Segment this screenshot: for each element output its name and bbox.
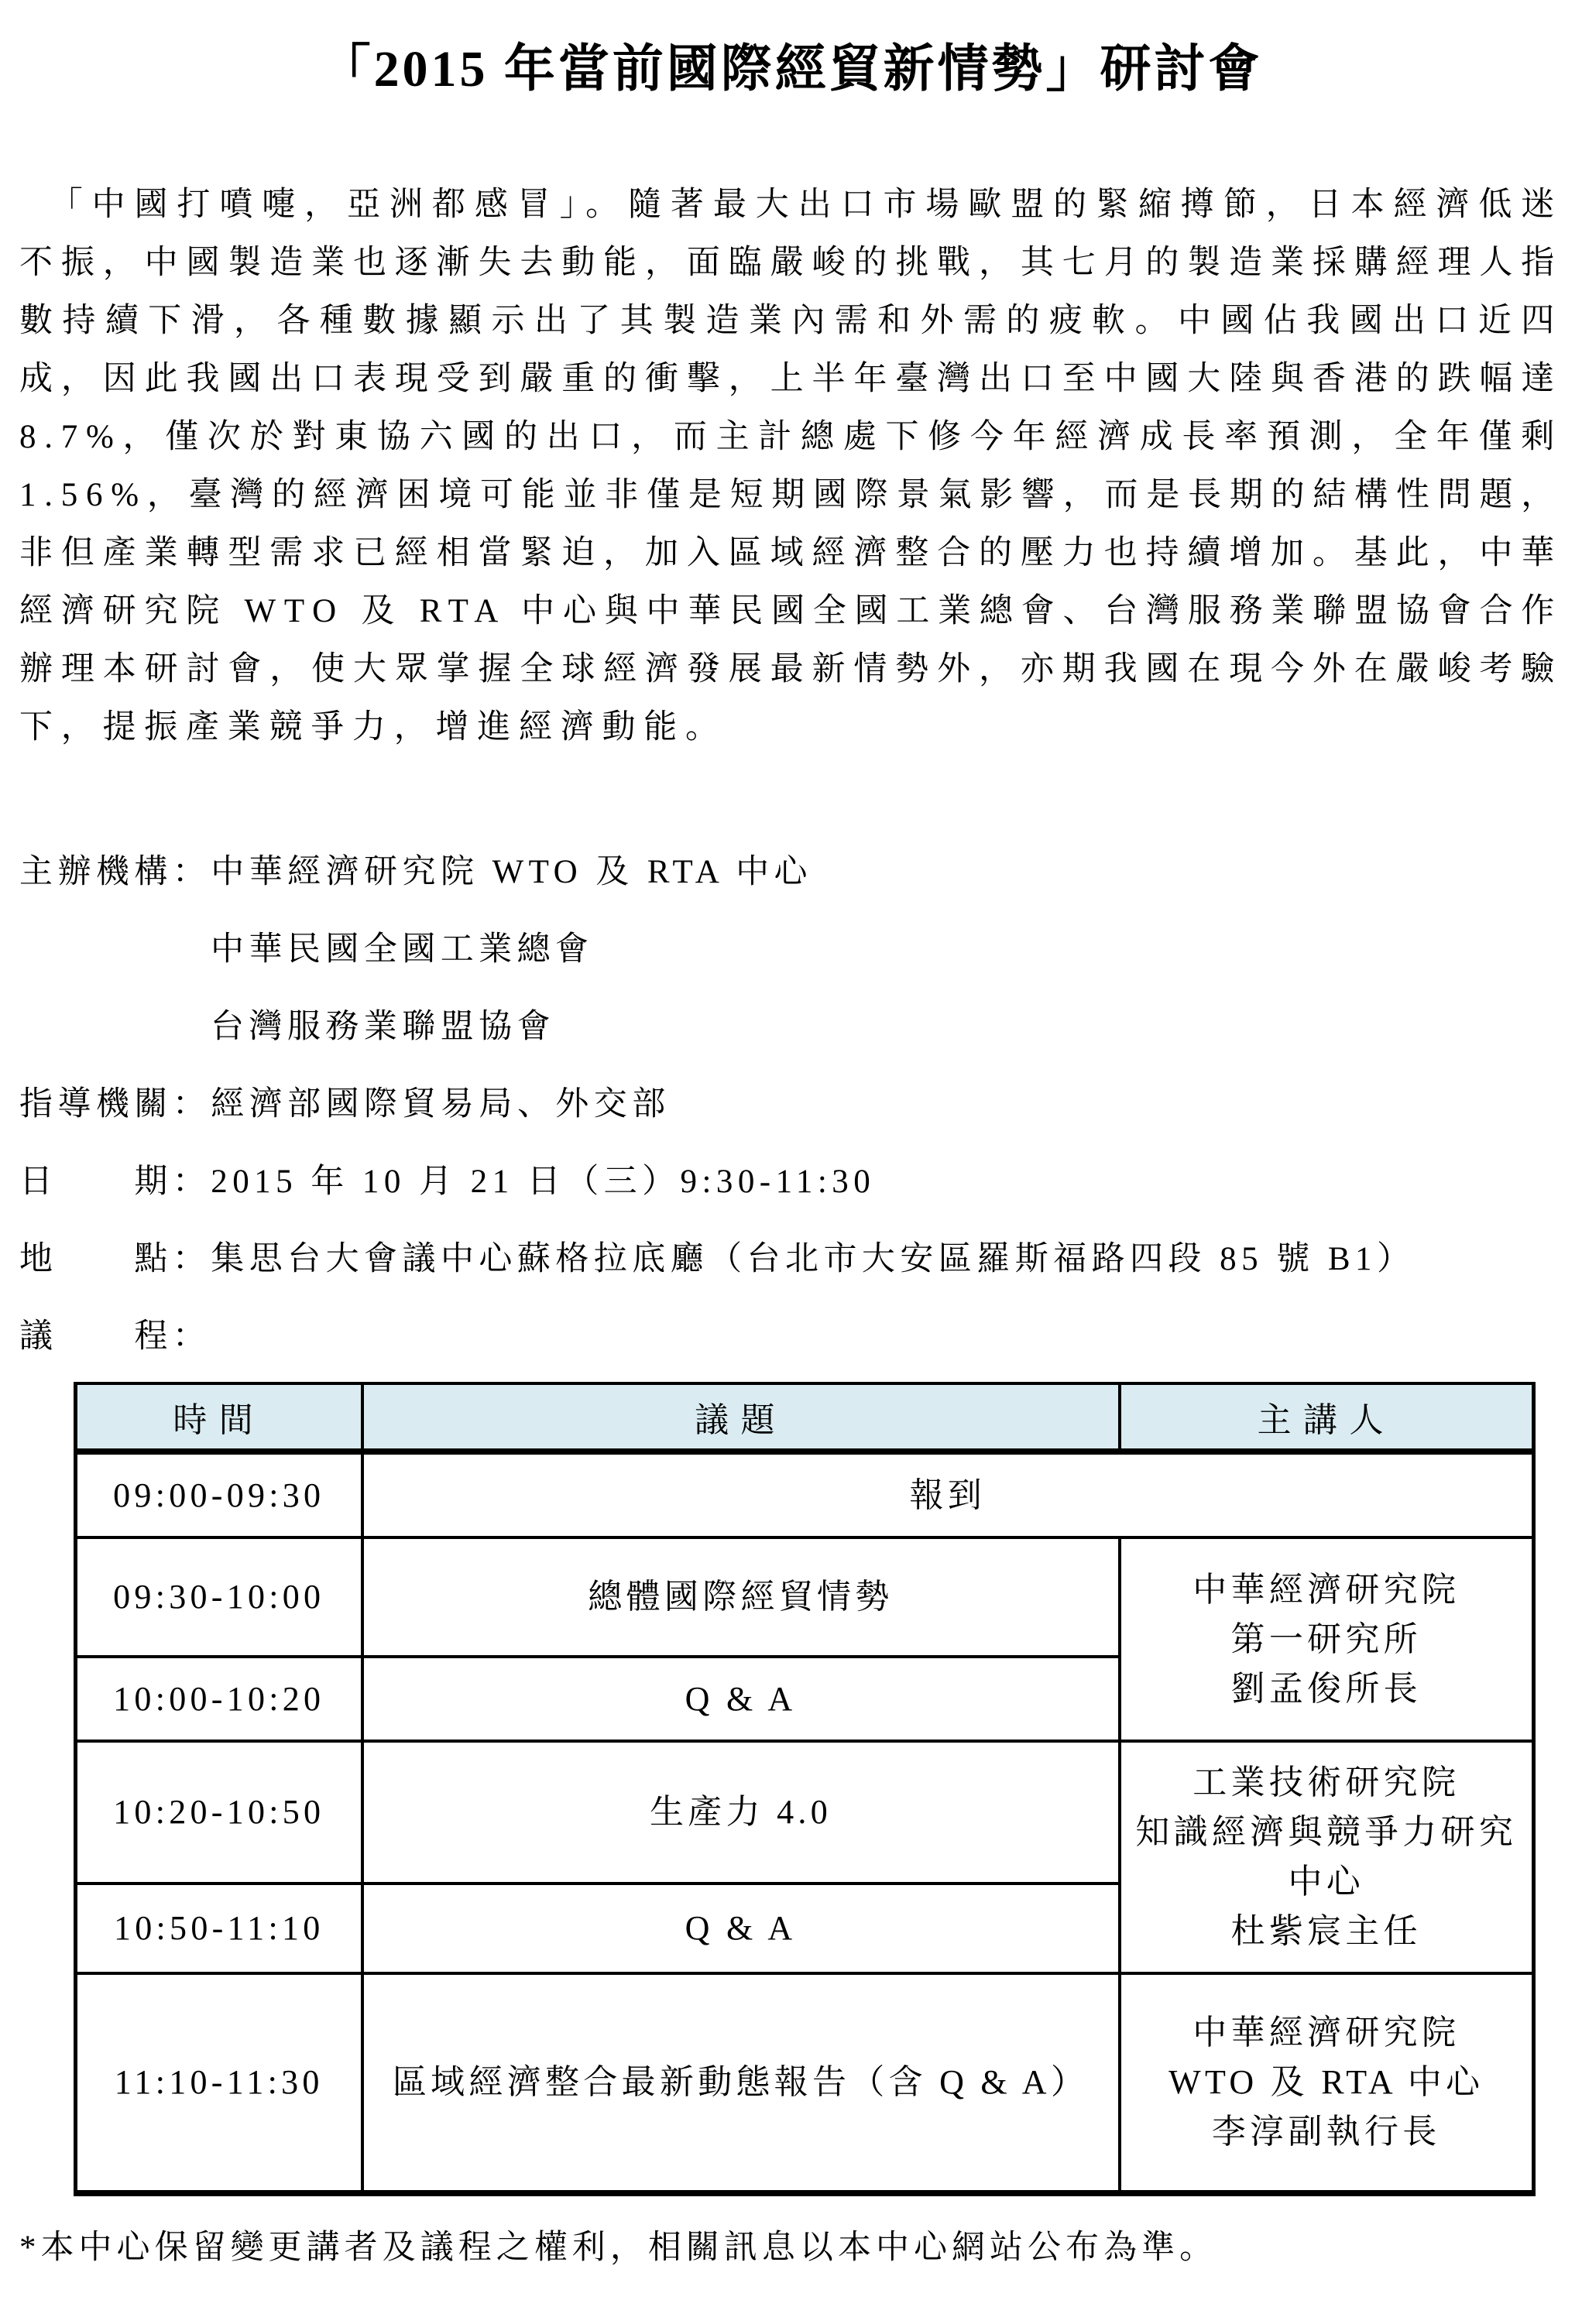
agenda-header-row: 時間 議題 主講人 (76, 1383, 1534, 1452)
topic-cell: Q & A (362, 1657, 1120, 1741)
document-page: 「2015 年當前國際經貿新情勢」研討會 「中國打噴嚏，亞洲都感冒」。隨著最大出… (0, 0, 1582, 2324)
topic-cell: 報到 (362, 1452, 1534, 1537)
agenda-table: 時間 議題 主講人 09:00-09:30 報到 09:30-10:00 總體國… (74, 1382, 1536, 2196)
info-section: 主辦機構：中華經濟研究院 WTO 及 RTA 中心 中華民國全國工業總會 台灣服… (19, 834, 1563, 1376)
topic-cell: Q & A (362, 1884, 1120, 1973)
speaker-cell: 中華經濟研究院 第一研究所 劉孟俊所長 (1120, 1537, 1534, 1741)
organizer-label: 主辦機構： (19, 854, 211, 890)
topic-cell: 生產力 4.0 (362, 1741, 1120, 1884)
organizer-value-2: 中華民國全國工業總會 (19, 911, 1563, 989)
date-line: 日 期：2015 年 10 月 21 日（三）9:30-11:30 (19, 1143, 1563, 1221)
date-value: 2015 年 10 月 21 日（三）9:30-11:30 (211, 1164, 875, 1200)
table-row: 09:00-09:30 報到 (76, 1452, 1534, 1537)
advisor-line: 指導機關：經濟部國際貿易局、外交部 (19, 1066, 1563, 1143)
speaker-cell: 工業技術研究院 知識經濟與競爭力研究中心 杜紫宸主任 (1120, 1741, 1534, 1973)
table-row: 10:20-10:50 生產力 4.0 工業技術研究院 知識經濟與競爭力研究中心… (76, 1741, 1534, 1884)
organizer-value-3: 台灣服務業聯盟協會 (19, 989, 1563, 1066)
header-cell-speaker: 主講人 (1120, 1383, 1534, 1452)
time-cell: 11:10-11:30 (76, 1973, 362, 2193)
date-label: 日 期： (19, 1164, 211, 1200)
advisor-value: 經濟部國際貿易局、外交部 (211, 1086, 670, 1123)
agenda-line: 議 程： (19, 1298, 1563, 1376)
header-cell-topic: 議題 (362, 1383, 1120, 1452)
venue-line: 地 點：集思台大會議中心蘇格拉底廳（台北市大安區羅斯福路四段 85 號 B1） (19, 1221, 1563, 1298)
time-cell: 09:00-09:30 (76, 1452, 362, 1537)
speaker-cell: 中華經濟研究院 WTO 及 RTA 中心 李淳副執行長 (1120, 1973, 1534, 2193)
agenda-label: 議 程： (19, 1318, 211, 1355)
topic-cell: 總體國際經貿情勢 (362, 1537, 1120, 1657)
organizer-line: 主辦機構：中華經濟研究院 WTO 及 RTA 中心 (19, 834, 1563, 911)
time-cell: 10:20-10:50 (76, 1741, 362, 1884)
advisor-label: 指導機關： (19, 1086, 211, 1123)
time-cell: 09:30-10:00 (76, 1537, 362, 1657)
header-cell-time: 時間 (76, 1383, 362, 1452)
time-cell: 10:50-11:10 (76, 1884, 362, 1973)
table-row: 09:30-10:00 總體國際經貿情勢 中華經濟研究院 第一研究所 劉孟俊所長 (76, 1537, 1534, 1657)
venue-label: 地 點： (19, 1241, 211, 1277)
page-title: 「2015 年當前國際經貿新情勢」研討會 (19, 35, 1563, 105)
time-cell: 10:00-10:20 (76, 1657, 362, 1741)
intro-paragraph: 「中國打噴嚏，亞洲都感冒」。隨著最大出口市場歐盟的緊縮撙節，日本經濟低迷不振，中… (19, 176, 1563, 756)
table-row: 11:10-11:30 區域經濟整合最新動態報告（含 Q & A） 中華經濟研究… (76, 1973, 1534, 2193)
footnote: *本中心保留變更講者及議程之權利，相關訊息以本中心網站公布為準。 (19, 2221, 1563, 2268)
venue-value: 集思台大會議中心蘇格拉底廳（台北市大安區羅斯福路四段 85 號 B1） (211, 1241, 1415, 1277)
organizer-value-1: 中華經濟研究院 WTO 及 RTA 中心 (211, 854, 812, 890)
topic-cell: 區域經濟整合最新動態報告（含 Q & A） (362, 1973, 1120, 2193)
